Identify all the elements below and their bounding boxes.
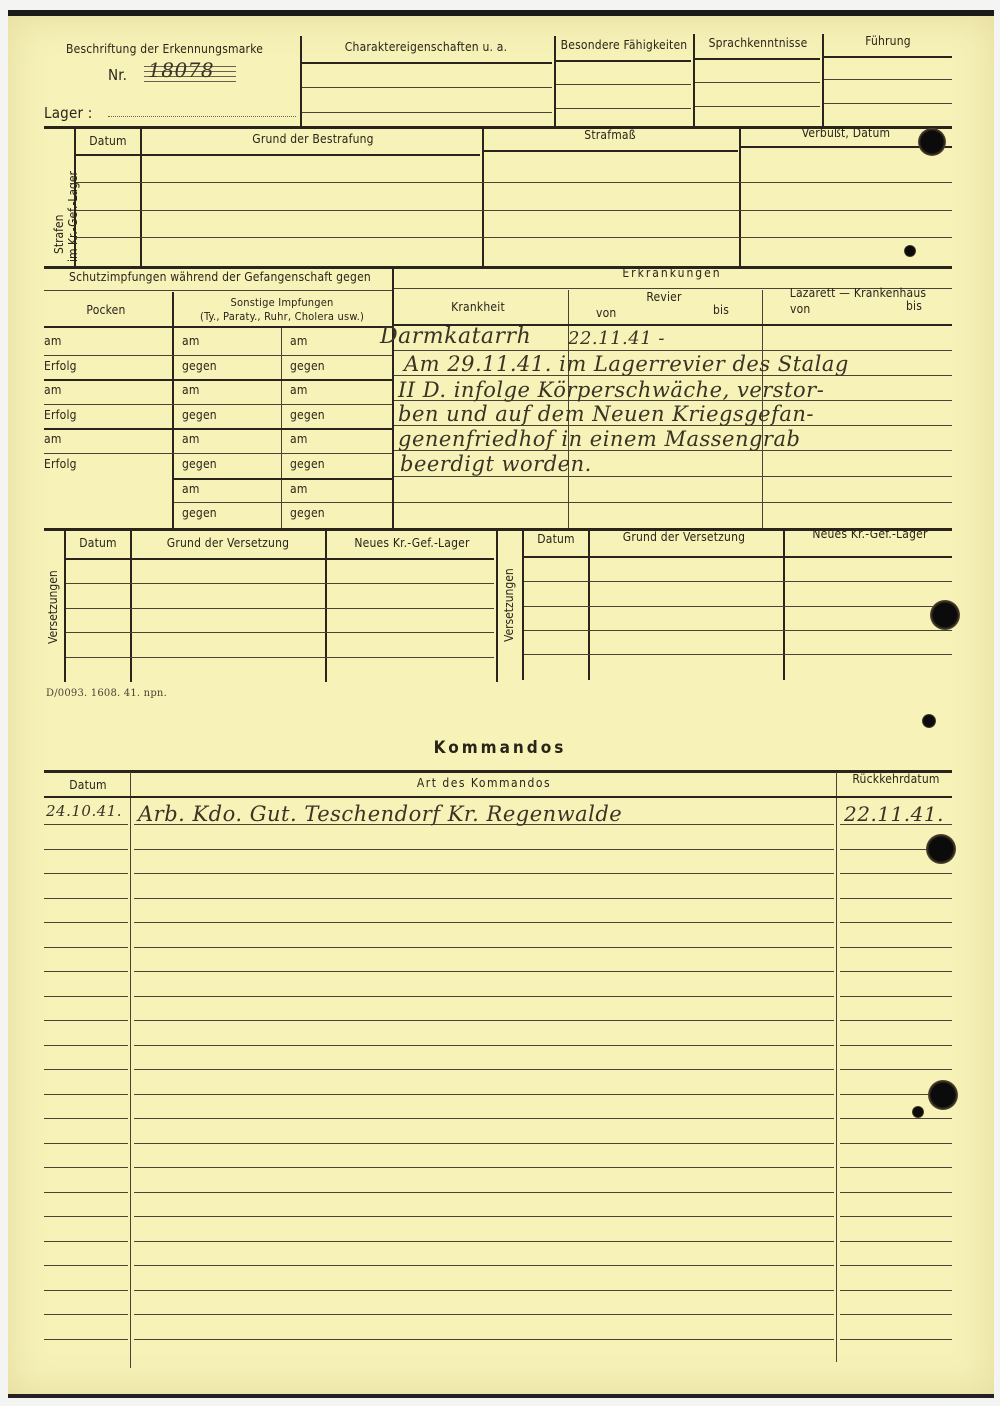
- transfers-left-col-reason: Grund der Versetzung: [167, 536, 289, 550]
- kommandos-title: Kommandos: [434, 738, 567, 758]
- other-vaccine-label-b: gegen: [290, 506, 325, 520]
- remark-line-4: genenfriedhof in einem Massengrab: [398, 427, 800, 451]
- other-vaccine-label-b: gegen: [290, 457, 325, 471]
- infirmary-from-date: 22.11.41 -: [568, 328, 665, 349]
- other-vaccine-label-a: am: [182, 432, 200, 446]
- other-vaccine-label-b: am: [290, 383, 308, 397]
- punch-hole: [926, 834, 956, 864]
- other-vaccine-label-a: am: [182, 383, 200, 397]
- pox-row-label: Erfolg: [44, 457, 77, 471]
- hospital-from: von: [790, 302, 810, 316]
- hospital-header: Lazarett — Krankenhaus: [790, 286, 926, 300]
- remark-line-5: beerdigt worden.: [400, 452, 592, 476]
- other-vaccine-label-a: gegen: [182, 457, 217, 471]
- punishments-col-measure: Strafmaß: [584, 128, 635, 142]
- tag-number: 18078: [148, 58, 214, 82]
- other-vaccine-label-b: am: [290, 482, 308, 496]
- kommando-return-date: 22.11.41.: [844, 802, 944, 826]
- pox-header: Pocken: [86, 303, 125, 317]
- pox-row-label: Erfolg: [44, 359, 77, 373]
- punch-hole: [904, 245, 916, 257]
- scan-frame: Beschriftung der Erkennungsmarke Nr. 180…: [0, 0, 1000, 1406]
- other-vaccine-label-a: gegen: [182, 506, 217, 520]
- other-vaccines-header-2: (Ty., Paraty., Ruhr, Cholera usw.): [200, 310, 364, 323]
- remark-line-3: ben und auf dem Neuen Kriegsgefan-: [398, 402, 814, 426]
- transfers-side-label-right: Versetzungen: [502, 568, 516, 642]
- other-vaccine-label-b: am: [290, 432, 308, 446]
- pox-row-label: Erfolg: [44, 408, 77, 422]
- lager-field: [108, 116, 296, 117]
- punch-hole: [930, 600, 960, 630]
- transfers-left-col-camp: Neues Kr.-Gef.-Lager: [354, 536, 469, 550]
- remark-line-1: Am 29.11.41. im Lagerrevier des Stalag: [404, 352, 849, 376]
- nr-label: Nr.: [108, 66, 127, 84]
- other-vaccine-label-a: gegen: [182, 408, 217, 422]
- infirmary-header: Revier: [646, 290, 681, 304]
- remark-line-2: II D. infolge Körperschwäche, verstor-: [398, 378, 824, 402]
- punishments-side-label-1: Strafen: [52, 215, 66, 254]
- pox-row-label: am: [44, 432, 62, 446]
- kommandos-col-type: Art des Kommandos: [417, 776, 551, 790]
- punishments-col-reason: Grund der Bestrafung: [252, 132, 373, 146]
- transfers-right-col-camp: Neues Kr.-Gef.-Lager: [812, 527, 927, 541]
- transfers-left-col-date: Datum: [79, 536, 117, 550]
- illness-col-header: Krankheit: [451, 300, 505, 314]
- kommando-type: Arb. Kdo. Gut. Teschendorf Kr. Regenwald…: [138, 802, 622, 826]
- print-code: D/0093. 1608. 41. npn.: [46, 688, 167, 699]
- card-paper: Beschriftung der Erkennungsmarke Nr. 180…: [8, 10, 994, 1398]
- hospital-to: bis: [906, 299, 922, 313]
- punch-hole: [918, 128, 946, 156]
- punch-hole: [928, 1080, 958, 1110]
- lager-label: Lager :: [44, 104, 92, 122]
- languages-label: Sprachkenntnisse: [709, 36, 808, 50]
- vaccinations-title: Schutzimpfungen während der Gefangenscha…: [69, 270, 371, 284]
- other-vaccine-label-b: gegen: [290, 359, 325, 373]
- kommandos-col-date: Datum: [69, 778, 107, 792]
- punishments-side-label-2: im Kr.-Gef.-Lager: [66, 171, 80, 262]
- transfers-right-col-date: Datum: [537, 532, 575, 546]
- infirmary-to: bis: [713, 303, 729, 317]
- conduct-label: Führung: [865, 34, 911, 48]
- other-vaccine-label-b: am: [290, 334, 308, 348]
- punch-hole: [922, 714, 936, 728]
- other-vaccine-label-a: gegen: [182, 359, 217, 373]
- other-vaccine-label-a: am: [182, 482, 200, 496]
- other-vaccine-label-a: am: [182, 334, 200, 348]
- illness-entry: Darmkatarrh: [380, 324, 531, 349]
- pox-row-label: am: [44, 383, 62, 397]
- punch-hole: [912, 1106, 924, 1118]
- illnesses-title: Erkrankungen: [622, 266, 721, 280]
- abilities-label: Besondere Fähigkeiten: [561, 38, 688, 52]
- transfers-side-label-left: Versetzungen: [46, 570, 60, 644]
- infirmary-from: von: [596, 306, 616, 320]
- character-label: Charaktereigenschaften u. a.: [345, 40, 507, 54]
- transfers-right-col-reason: Grund der Versetzung: [623, 530, 745, 544]
- punishments-col-date: Datum: [89, 134, 127, 148]
- tag-label: Beschriftung der Erkennungsmarke: [66, 42, 263, 56]
- other-vaccines-header-1: Sonstige Impfungen: [230, 296, 333, 309]
- pox-row-label: am: [44, 334, 62, 348]
- punishments-col-served: Verbüßt, Datum: [802, 126, 890, 140]
- kommandos-col-return: Rückkehrdatum: [852, 772, 939, 786]
- kommando-date: 24.10.41.: [46, 802, 122, 820]
- other-vaccine-label-b: gegen: [290, 408, 325, 422]
